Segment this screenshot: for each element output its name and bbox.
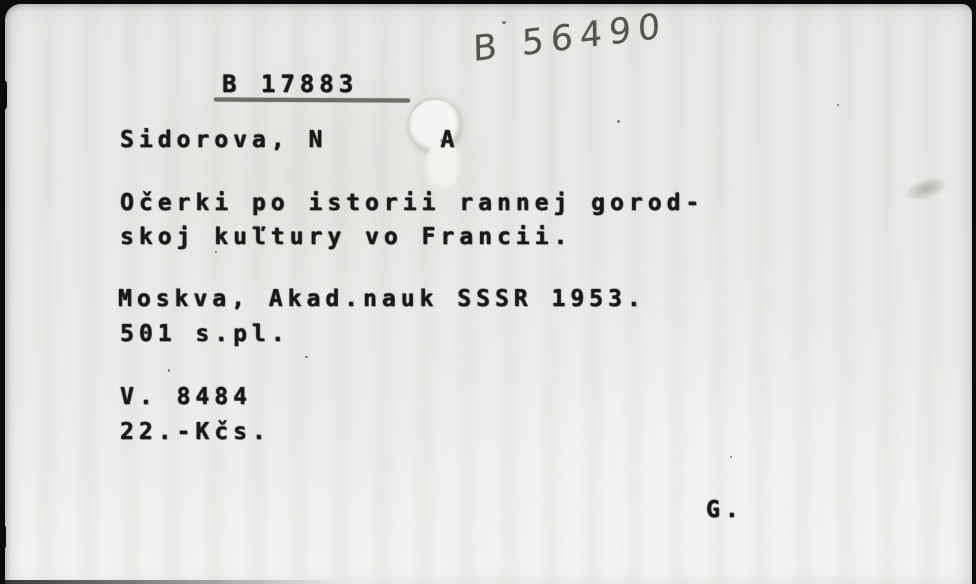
- paper-smudge: [904, 174, 948, 203]
- cataloger-initial: G.: [706, 497, 744, 523]
- paper-speck: [215, 251, 217, 253]
- scan-edge-bottom-shadow: [0, 580, 340, 584]
- scan-edge-notch: [0, 425, 5, 443]
- paper-speck: [837, 104, 839, 106]
- scan-edge-notch: [0, 80, 7, 110]
- paper-speck: [617, 120, 620, 123]
- paper-speck: [730, 456, 732, 458]
- title-line-2: skoj kuľtury vo Francii.: [120, 224, 572, 250]
- author-line: Sidorova, N A: [120, 127, 459, 153]
- collation-line: 501 s.pl.: [120, 321, 290, 347]
- paper-speck: [440, 139, 443, 142]
- call-number-underline: [214, 97, 410, 102]
- scan-edge-notch: [0, 525, 6, 549]
- handwritten-accession-number: B 56490: [473, 6, 668, 70]
- paper-speck: [305, 356, 308, 358]
- scanned-catalog-card: B 56490 B 17883 Sidorova, N A Očerki po …: [0, 0, 976, 584]
- scan-edge-notch: [0, 460, 5, 476]
- price-line: 22.-Kčs.: [120, 419, 271, 445]
- paper-speck: [168, 369, 170, 372]
- shelf-number-line: V. 8484: [120, 384, 252, 410]
- imprint-line: Moskva, Akad.nauk SSSR 1953.: [118, 286, 646, 312]
- call-number: B 17883: [222, 70, 358, 98]
- catalog-card: B 56490 B 17883 Sidorova, N A Očerki po …: [5, 4, 972, 584]
- paper-speck: [502, 21, 506, 24]
- title-line-1: Očerki po istorii rannej gorod-: [120, 190, 704, 216]
